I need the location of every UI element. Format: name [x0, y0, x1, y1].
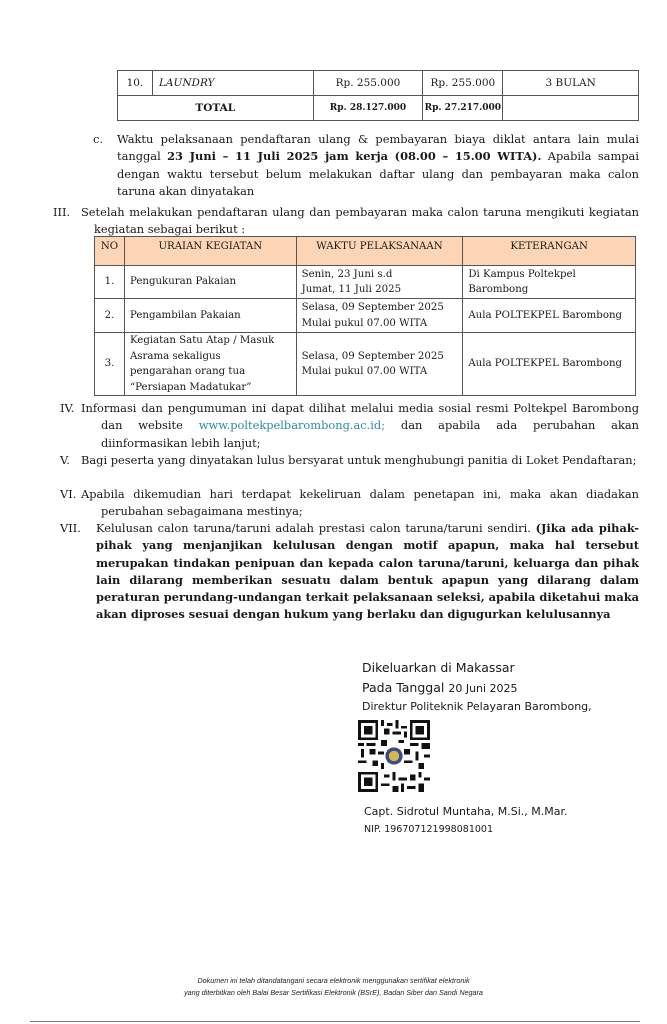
table-row: 3. Kegiatan Satu Atap / MasukAsrama seka…: [95, 333, 636, 396]
total-period: [503, 96, 639, 121]
section-vii-body: Kelulusan calon taruna/taruni adalah pre…: [96, 520, 639, 624]
item-name: LAUNDRY: [152, 71, 313, 96]
schedule-table: NO URAIAN KEGIATAN WAKTU PELAKSANAAN KET…: [94, 236, 636, 396]
cost-a: Rp. 255.000: [313, 71, 423, 96]
table-header-row: NO URAIAN KEGIATAN WAKTU PELAKSANAAN KET…: [95, 237, 636, 266]
header-activity: URAIAN KEGIATAN: [124, 237, 296, 266]
section-v-body: Bagi peserta yang dinyatakan lulus bersy…: [60, 452, 639, 469]
qr-code-icon: [358, 720, 430, 792]
total-row: TOTAL Rp. 28.127.000 Rp. 27.217.000: [118, 96, 639, 121]
signer-nip: NIP. 196707121998081001: [364, 824, 493, 835]
signer-name: Capt. Sidrotul Muntaha, M.Si., M.Mar.: [364, 805, 568, 818]
table-row: 1. Pengukuran Pakaian Senin, 23 Juni s.d…: [95, 266, 636, 299]
website-link[interactable]: www.poltekpelbarombong.ac.id;: [199, 418, 385, 432]
footer-line-2: yang diterbitkan oleh Balai Besar Sertif…: [0, 988, 667, 997]
warning-text: (Jika ada pihak-pihak yang menjanjikan k…: [96, 521, 639, 621]
header-note: KETERANGAN: [463, 237, 636, 266]
footer-divider: [30, 1021, 640, 1022]
header-no: NO: [95, 237, 125, 266]
total-cost-b: Rp. 27.217.000: [423, 96, 503, 121]
table-row: 2. Pengambilan Pakaian Selasa, 09 Septem…: [95, 299, 636, 333]
deadline-text: 23 Juni – 11 Juli 2025 jam kerja (08.00 …: [167, 149, 541, 163]
header-time: WAKTU PELAKSANAAN: [296, 237, 463, 266]
section-iv-body: ​Informasi dan pengumuman ini dapat dili…: [60, 400, 639, 452]
signer-position: Direktur Politeknik Pelayaran Barombong,: [362, 700, 592, 713]
point-c-marker: c.: [93, 131, 113, 148]
section-vi-body: Apabila dikemudian hari terdapat kekelir…: [60, 486, 639, 521]
section-iii-text: Setelah melakukan pendaftaran ulang dan …: [81, 204, 639, 221]
issued-at: Dikeluarkan di Makassar: [362, 660, 515, 675]
row-number: 10.: [118, 71, 153, 96]
total-cost-a: Rp. 28.127.000: [313, 96, 423, 121]
period: 3 BULAN: [503, 71, 639, 96]
section-iii-marker: III.: [53, 204, 83, 221]
total-label: TOTAL: [118, 96, 314, 121]
footer-line-1: Dokumen ini telah ditandatangani secara …: [0, 976, 667, 985]
cost-b: Rp. 255.000: [423, 71, 503, 96]
fee-table: 10. LAUNDRY Rp. 255.000 Rp. 255.000 3 BU…: [117, 70, 639, 121]
point-c-text: Waktu pelaksanaan pendaftaran ulang & pe…: [117, 131, 639, 200]
table-row: 10. LAUNDRY Rp. 255.000 Rp. 255.000 3 BU…: [118, 71, 639, 96]
issued-date: Pada Tanggal 20 Juni 2025: [362, 680, 518, 695]
section-vii-marker: VII.: [60, 520, 90, 537]
